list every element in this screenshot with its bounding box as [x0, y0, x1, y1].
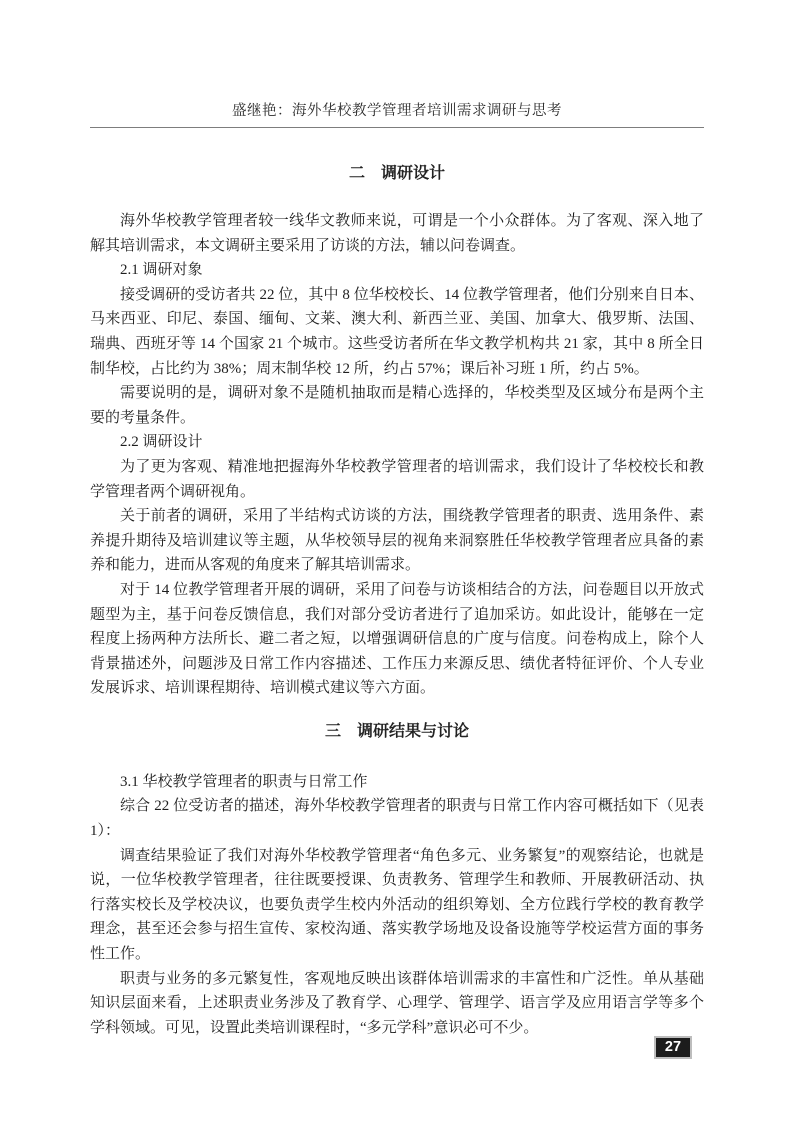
section-2-heading: 二 调研设计 [90, 164, 704, 184]
subheading-2-2: 2.2 调研设计 [90, 430, 704, 455]
document-page: 盛继艳：海外华校教学管理者培训需求调研与思考 二 调研设计 海外华校教学管理者较… [0, 0, 794, 1123]
section-2-paragraph-2: 接受调研的受访者共 22 位，其中 8 位华校校长、14 位教学管理者，他们分别… [90, 283, 704, 381]
subheading-2-1: 2.1 调研对象 [90, 258, 704, 283]
header-rule [90, 127, 704, 128]
section-3-paragraph-3: 职责与业务的多元繁复性，客观地反映出该群体培训需求的丰富性和广泛性。单从基础知识… [90, 967, 704, 1041]
subheading-3-1: 3.1 华校教学管理者的职责与日常工作 [90, 770, 704, 795]
section-2-paragraph-3: 需要说明的是，调研对象不是随机抽取而是精心选择的，华校类型及区域分布是两个主要的… [90, 381, 704, 430]
section-2-paragraph-4: 为了更为客观、精准地把握海外华校教学管理者的培训需求，我们设计了华校校长和教学管… [90, 455, 704, 504]
page-number-badge: 27 [654, 1036, 692, 1059]
section-3-heading: 三 调研结果与讨论 [90, 722, 704, 742]
section-2-paragraph-6: 对于 14 位教学管理者开展的调研，采用了问卷与访谈相结合的方法，问卷题目以开放… [90, 578, 704, 701]
running-header: 盛继艳：海外华校教学管理者培训需求调研与思考 [90, 99, 704, 120]
section-2-paragraph-1: 海外华校教学管理者较一线华文教师来说，可谓是一个小众群体。为了客观、深入地了解其… [90, 209, 704, 258]
section-2-paragraph-5: 关于前者的调研，采用了半结构式访谈的方法，围绕教学管理者的职责、选用条件、素养提… [90, 504, 704, 578]
page-content: 盛继艳：海外华校教学管理者培训需求调研与思考 二 调研设计 海外华校教学管理者较… [90, 0, 704, 1040]
section-3-paragraph-1: 综合 22 位受访者的描述，海外华校教学管理者的职责与日常工作内容可概括如下（见… [90, 794, 704, 843]
section-3-paragraph-2: 调查结果验证了我们对海外华校教学管理者“角色多元、业务繁复”的观察结论，也就是说… [90, 844, 704, 967]
